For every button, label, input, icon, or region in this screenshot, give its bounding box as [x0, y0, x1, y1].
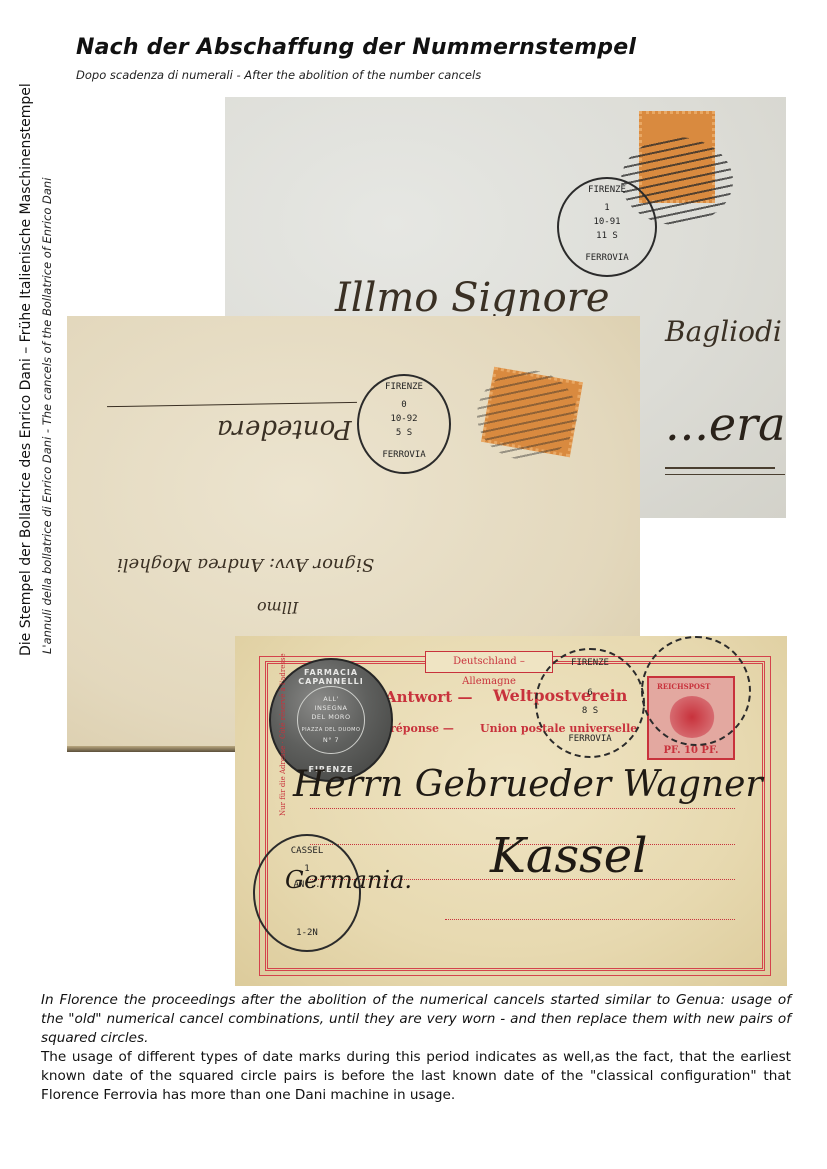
handwriting-line: Kassel	[490, 828, 648, 884]
underline	[665, 474, 785, 475]
card-line1-left: Antwort —	[385, 688, 472, 706]
handwriting-line: ...era	[665, 397, 786, 451]
card-side-text: Nur für die Adresse · Côté réservé à l'a…	[279, 653, 287, 816]
pen-line	[107, 402, 357, 407]
description-italic: In Florence the proceedings after the ab…	[41, 991, 791, 1048]
numeral-cancel-icon	[477, 370, 577, 460]
handwriting-line: Illmo	[257, 598, 298, 617]
handwriting-line: Signor Avv: Andrea Mogheli	[117, 554, 374, 575]
postmark-kassel: CASSEL 1 AN... 1-2N	[253, 834, 361, 952]
postmark-firenze-ferrovia: FIRENZE 0 10-92 5 S FERROVIA	[357, 374, 451, 474]
card-banner: Deutschland – Allemagne	[425, 651, 553, 673]
handwriting-line: Illmo Signore	[335, 275, 610, 321]
underline	[665, 467, 775, 469]
side-title-sub: L'annuli della bollatrice di Enrico Dani…	[40, 178, 54, 654]
address-line	[310, 808, 735, 809]
page-title: Nach der Abschaffung der Nummernstempel	[76, 35, 636, 60]
side-title: Die Stempel der Bollatrice des Enrico Da…	[14, 36, 74, 656]
postmark-firenze-ferrovia: FIRENZE 6 8 S FERROVIA	[535, 648, 645, 758]
description: In Florence the proceedings after the ab…	[41, 991, 791, 1105]
postcard-image: Deutschland – Allemagne Antwort — Weltpo…	[235, 636, 787, 986]
handwriting-line: Herrn Gebrueder Wagner	[293, 764, 763, 805]
address-line	[445, 919, 735, 920]
card-line2-left: réponse —	[390, 722, 454, 735]
handwriting-line: Bagliodi	[665, 315, 782, 348]
handwriting-line: Pontedera	[217, 414, 352, 444]
postmark-firenze-ferrovia-2	[641, 636, 751, 746]
page-subtitle: Dopo scadenza di numerali - After the ab…	[76, 68, 481, 82]
description-regular: The usage of different types of date mar…	[41, 1048, 791, 1105]
postmark-firenze-ferrovia: FIRENZE 1 10-91 11 S FERROVIA	[557, 177, 657, 277]
side-title-main: Die Stempel der Bollatrice des Enrico Da…	[18, 83, 34, 656]
